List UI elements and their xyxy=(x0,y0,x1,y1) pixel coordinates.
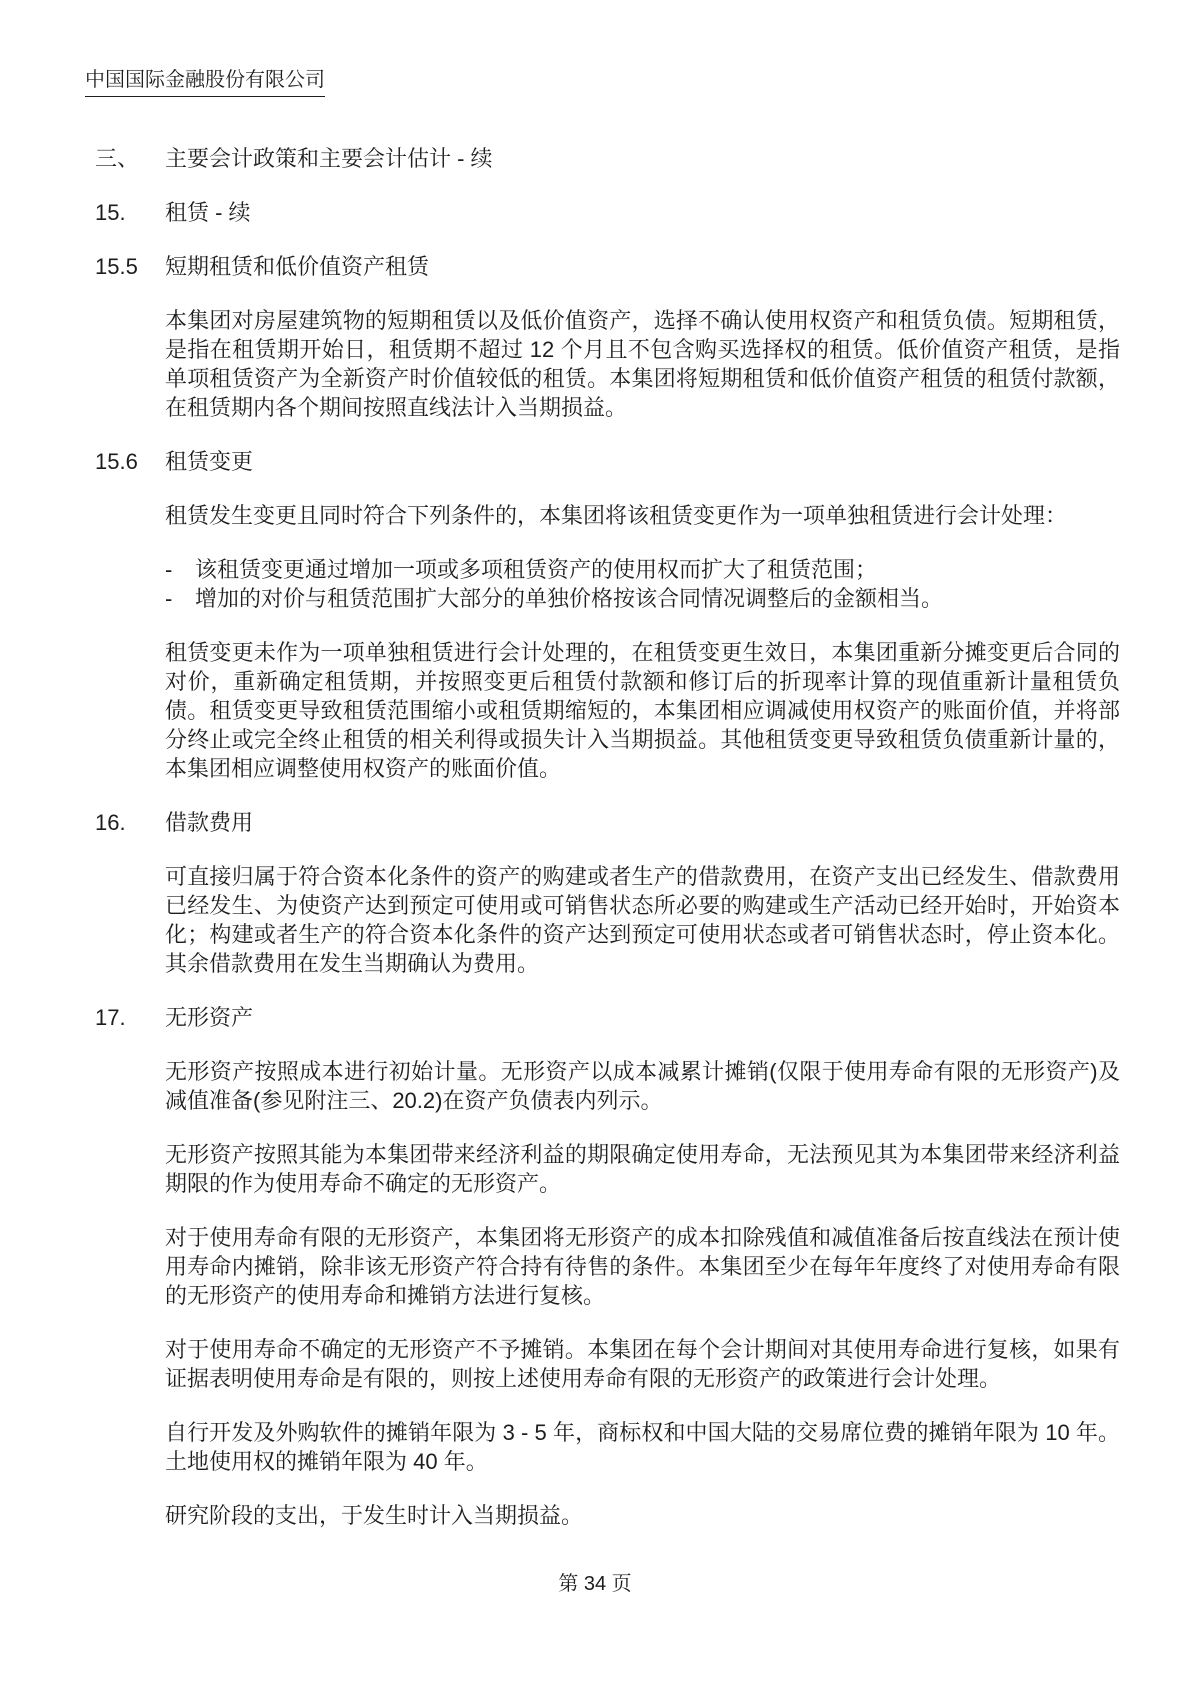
paragraph-text: 对于使用寿命不确定的无形资产不予摊销。本集团在每个会计期间对其使用寿命进行复核，… xyxy=(165,1335,1120,1393)
section-number: 17. xyxy=(95,1003,165,1032)
document-header: 中国国际金融股份有限公司 xyxy=(95,64,1120,97)
bullet-list: - 该租赁变更通过增加一项或多项租赁资产的使用权而扩大了租赁范围； - 增加的对… xyxy=(95,555,1120,613)
gutter xyxy=(95,1418,165,1476)
gutter xyxy=(95,584,165,613)
bullet-item: - 增加的对价与租赁范围扩大部分的单独价格按该合同情况调整后的金额相当。 xyxy=(95,584,1120,613)
paragraph-17-4: 对于使用寿命不确定的无形资产不予摊销。本集团在每个会计期间对其使用寿命进行复核，… xyxy=(95,1335,1120,1393)
section-number: 15. xyxy=(95,198,165,227)
bullet-text: 增加的对价与租赁范围扩大部分的单独价格按该合同情况调整后的金额相当。 xyxy=(195,584,1120,613)
subsection-number: 15.6 xyxy=(95,447,165,476)
company-name: 中国国际金融股份有限公司 xyxy=(85,66,325,97)
section-heading-17: 17. 无形资产 xyxy=(95,1003,1120,1032)
chapter-number: 三、 xyxy=(95,144,165,173)
gutter xyxy=(95,862,165,978)
paragraph-17-2: 无形资产按照其能为本集团带来经济利益的期限确定使用寿命，无法预见其为本集团带来经… xyxy=(95,1140,1120,1198)
section-title: 租赁 - 续 xyxy=(165,198,1120,227)
paragraph-text: 对于使用寿命有限的无形资产，本集团将无形资产的成本扣除残值和减值准备后按直线法在… xyxy=(165,1223,1120,1310)
paragraph-15-5-1: 本集团对房屋建筑物的短期租赁以及低价值资产，选择不确认使用权资产和租赁负债。短期… xyxy=(95,306,1120,422)
chapter-title: 主要会计政策和主要会计估计 - 续 xyxy=(165,144,1120,173)
page-number: 第 34 页 xyxy=(0,1570,1190,1599)
paragraph-text: 无形资产按照成本进行初始计量。无形资产以成本减累计摊销(仅限于使用寿命有限的无形… xyxy=(165,1057,1120,1115)
bullet-item: - 该租赁变更通过增加一项或多项租赁资产的使用权而扩大了租赁范围； xyxy=(95,555,1120,584)
subsection-number: 15.5 xyxy=(95,252,165,281)
document-page: 中国国际金融股份有限公司 三、 主要会计政策和主要会计估计 - 续 15. 租赁… xyxy=(0,0,1190,1684)
paragraph-text: 租赁变更未作为一项单独租赁进行会计处理的，在租赁变更生效日，本集团重新分摊变更后… xyxy=(165,638,1120,783)
bullet-marker: - xyxy=(165,584,195,613)
paragraph-text: 租赁发生变更且同时符合下列条件的，本集团将该租赁变更作为一项单独租赁进行会计处理… xyxy=(165,501,1120,530)
paragraph-17-6: 研究阶段的支出，于发生时计入当期损益。 xyxy=(95,1501,1120,1530)
gutter xyxy=(95,1223,165,1310)
paragraph-15-6-2: 租赁变更未作为一项单独租赁进行会计处理的，在租赁变更生效日，本集团重新分摊变更后… xyxy=(95,638,1120,783)
paragraph-15-6-1: 租赁发生变更且同时符合下列条件的，本集团将该租赁变更作为一项单独租赁进行会计处理… xyxy=(95,501,1120,530)
paragraph-17-3: 对于使用寿命有限的无形资产，本集团将无形资产的成本扣除残值和减值准备后按直线法在… xyxy=(95,1223,1120,1310)
gutter xyxy=(95,306,165,422)
paragraph-text: 研究阶段的支出，于发生时计入当期损益。 xyxy=(165,1501,1120,1530)
gutter xyxy=(95,638,165,783)
paragraph-16-1: 可直接归属于符合资本化条件的资产的购建或者生产的借款费用，在资产支出已经发生、借… xyxy=(95,862,1120,978)
paragraph-text: 自行开发及外购软件的摊销年限为 3 - 5 年，商标权和中国大陆的交易席位费的摊… xyxy=(165,1418,1120,1476)
section-heading-16: 16. 借款费用 xyxy=(95,808,1120,837)
section-title: 无形资产 xyxy=(165,1003,1120,1032)
paragraph-17-1: 无形资产按照成本进行初始计量。无形资产以成本减累计摊销(仅限于使用寿命有限的无形… xyxy=(95,1057,1120,1115)
gutter xyxy=(95,555,165,584)
subsection-title: 短期租赁和低价值资产租赁 xyxy=(165,252,1120,281)
bullet-marker: - xyxy=(165,555,195,584)
section-title: 借款费用 xyxy=(165,808,1120,837)
gutter xyxy=(95,1501,165,1530)
subsection-title: 租赁变更 xyxy=(165,447,1120,476)
section-number: 16. xyxy=(95,808,165,837)
paragraph-text: 本集团对房屋建筑物的短期租赁以及低价值资产，选择不确认使用权资产和租赁负债。短期… xyxy=(165,306,1120,422)
subsection-heading-15-6: 15.6 租赁变更 xyxy=(95,447,1120,476)
paragraph-text: 可直接归属于符合资本化条件的资产的购建或者生产的借款费用，在资产支出已经发生、借… xyxy=(165,862,1120,978)
paragraph-text: 无形资产按照其能为本集团带来经济利益的期限确定使用寿命，无法预见其为本集团带来经… xyxy=(165,1140,1120,1198)
section-heading-15: 15. 租赁 - 续 xyxy=(95,198,1120,227)
subsection-heading-15-5: 15.5 短期租赁和低价值资产租赁 xyxy=(95,252,1120,281)
chapter-heading: 三、 主要会计政策和主要会计估计 - 续 xyxy=(95,144,1120,173)
gutter xyxy=(95,1335,165,1393)
gutter xyxy=(95,501,165,530)
bullet-text: 该租赁变更通过增加一项或多项租赁资产的使用权而扩大了租赁范围； xyxy=(195,555,1120,584)
gutter xyxy=(95,1057,165,1115)
gutter xyxy=(95,1140,165,1198)
paragraph-17-5: 自行开发及外购软件的摊销年限为 3 - 5 年，商标权和中国大陆的交易席位费的摊… xyxy=(95,1418,1120,1476)
